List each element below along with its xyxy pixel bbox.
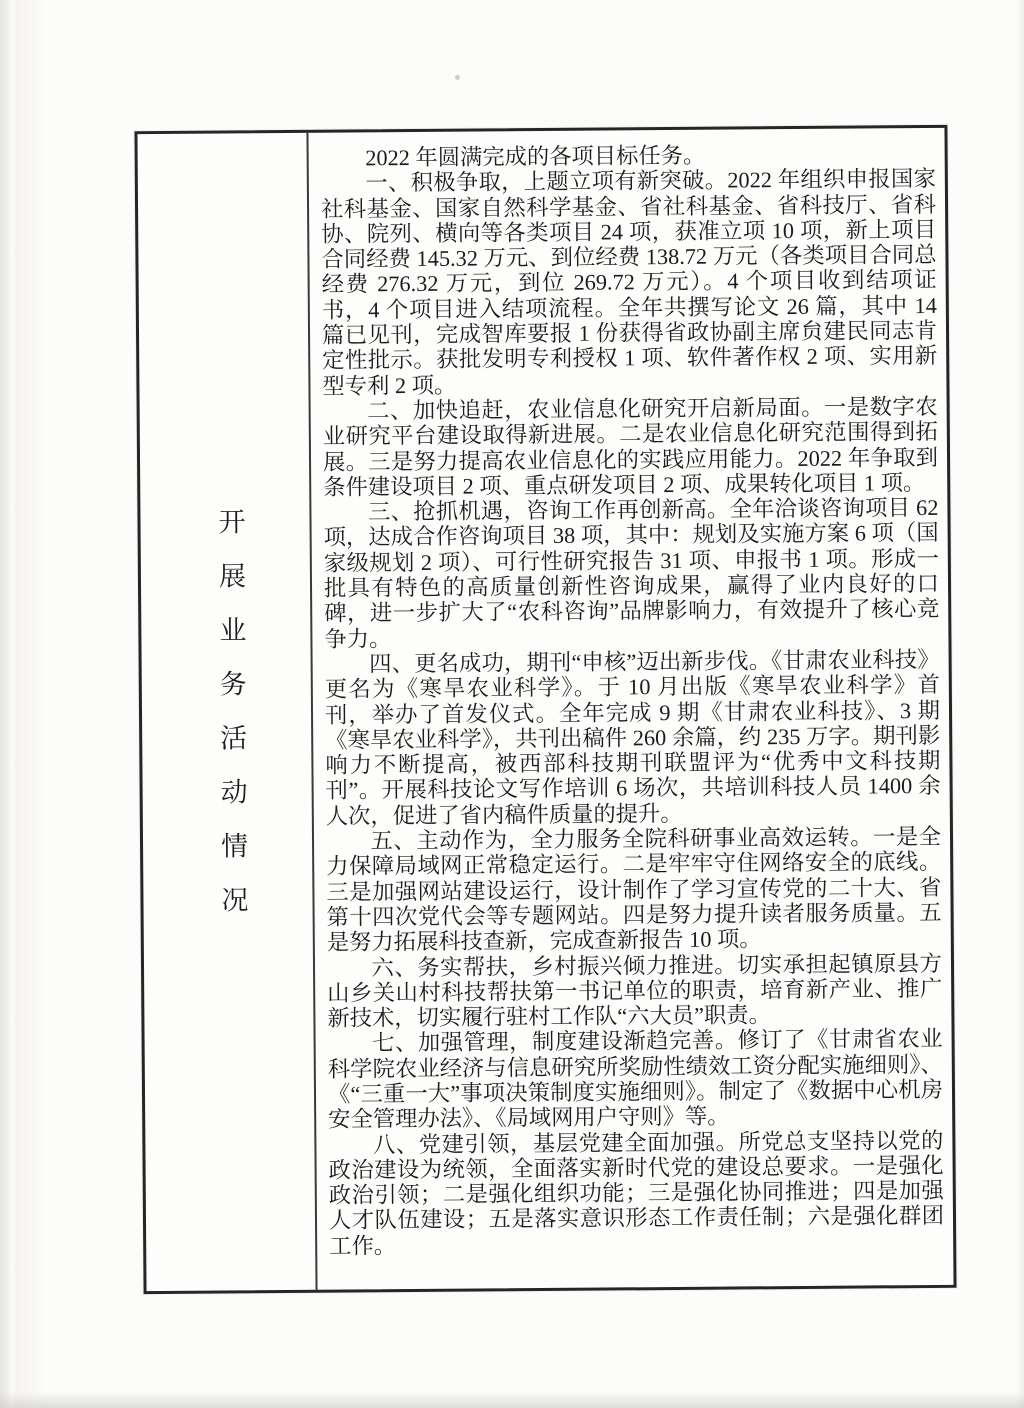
row-header-char: 展 [219, 563, 246, 590]
row-header-char: 业 [219, 617, 246, 644]
scan-edge-right-shadow [1016, 0, 1024, 1408]
paragraph-7-management-systems: 七、加强管理，制度建设渐趋完善。修订了《甘肃省农业科学院农业经济与信息研究所奖励… [328, 1026, 944, 1132]
scan-edge-left-shadow [0, 0, 14, 1408]
row-header-cell: 开 展 业 务 活 动 情 况 [137, 133, 317, 1291]
paragraph-1-project-approvals: 一、积极争取，上题立项有新突破。2022 年组织申报国家社科基金、国家自然科学基… [321, 166, 938, 398]
report-table: 开 展 业 务 活 动 情 况 2022 年圆满完成的各项目标任务。 一、积极争… [134, 125, 956, 1294]
paragraph-2-agri-informatization: 二、加快追赶，农业信息化研究开启新局面。一是数字农业研究平台建设取得新进展。二是… [323, 394, 939, 500]
row-header-char: 情 [221, 833, 248, 860]
paragraph-6-rural-assistance: 六、务实帮扶，乡村振兴倾力推进。切实承担起镇原县方山乡关山村科技帮扶第一书记单位… [327, 950, 943, 1031]
row-header-char: 况 [221, 887, 248, 914]
report-content-cell: 2022 年圆满完成的各项目标任务。 一、积极争取，上题立项有新突破。2022 … [308, 128, 953, 1290]
row-header-char: 活 [220, 725, 247, 752]
row-header-char: 务 [220, 671, 247, 698]
paragraph-3-consulting: 三、抢抓机遇，咨询工作再创新高。全年洽谈咨询项目 62 项，达成合作咨询项目 3… [323, 495, 939, 652]
row-header-char: 动 [221, 779, 248, 806]
paragraph-4-journal-renaming: 四、更名成功，期刊“申核”迈出新步伐。《甘肃农业科技》更名为《寒旱农业科学》。于… [325, 647, 941, 829]
paragraph-5-network-services: 五、主动作为，全力服务全院科研事业高效运转。一是全力保障局域网正常稳定运行。二是… [326, 824, 942, 955]
scan-speck-artifact [455, 75, 460, 80]
scan-edge-left-band [14, 0, 48, 1408]
scanned-document-page: 开 展 业 务 活 动 情 况 2022 年圆满完成的各项目标任务。 一、积极争… [0, 0, 1024, 1408]
scan-edge-bottom-shadow [0, 1392, 1024, 1408]
paragraph-8-party-building: 八、党建引领，基层党建全面加强。所党总支坚持以党的政治建设为统领，全面落实新时代… [328, 1127, 944, 1258]
row-header-char: 开 [218, 509, 245, 536]
